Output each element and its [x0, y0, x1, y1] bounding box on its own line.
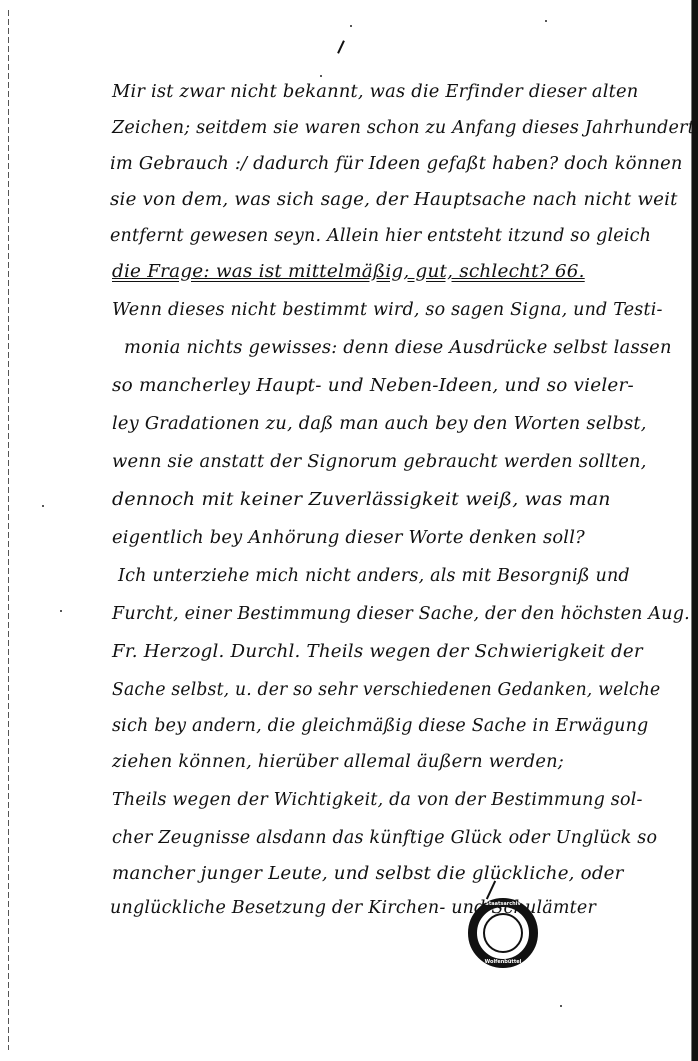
text-line-22: mancher junger Leute, und selbst die glü… — [112, 864, 624, 884]
text-line-18: sich bey andern, die gleichmäßig diese S… — [112, 716, 648, 736]
text-line-5: entfernt gewesen seyn. Allein hier entst… — [110, 226, 651, 246]
archive-stamp: Staatsarchiv Wolfenbüttel — [468, 898, 538, 968]
ink-speck — [42, 505, 44, 507]
right-page-edge — [692, 0, 698, 1061]
text-line-11: wenn sie anstatt der Signorum gebraucht … — [112, 452, 647, 472]
right-page-edge-shadow — [691, 0, 692, 1061]
ink-mark — [337, 40, 345, 54]
text-line-13: eigentlich bey Anhörung dieser Worte den… — [112, 528, 585, 548]
stamp-label-top: Staatsarchiv — [477, 901, 529, 907]
text-line-6-content: die Frage: was ist mittelmäßig, gut, sch… — [112, 262, 585, 282]
text-line-4: sie von dem, was sich sage, der Hauptsac… — [110, 190, 678, 210]
manuscript-page: Mir ist zwar nicht bekannt, was die Erfi… — [0, 0, 698, 1061]
text-line-7: Wenn dieses nicht bestimmt wird, so sage… — [112, 300, 663, 320]
stamp-center-ring — [483, 913, 523, 953]
ink-speck — [350, 25, 352, 27]
text-line-9: so mancherley Haupt- und Neben-Ideen, un… — [112, 376, 634, 396]
text-line-20: Theils wegen der Wichtigkeit, da von der… — [112, 790, 643, 810]
text-line-3: im Gebrauch :/ dadurch für Ideen gefaßt … — [110, 154, 683, 174]
text-line-8: monia nichts gewisses: denn diese Ausdrü… — [124, 338, 672, 358]
text-line-19: ziehen können, hierüber allemal äußern w… — [112, 752, 564, 772]
text-line-17: Sache selbst, u. der so sehr verschieden… — [112, 680, 660, 700]
text-line-15: Furcht, einer Bestimmung dieser Sache, d… — [112, 604, 690, 624]
ink-speck — [60, 610, 62, 612]
text-line-12: dennoch mit keiner Zuverlässigkeit weiß,… — [112, 490, 611, 510]
text-line-2: Zeichen; seitdem sie waren schon zu Anfa… — [112, 118, 698, 138]
text-line-1: Mir ist zwar nicht bekannt, was die Erfi… — [112, 82, 638, 102]
text-line-14: Ich unterziehe mich nicht anders, als mi… — [118, 566, 630, 586]
ink-speck — [560, 1005, 562, 1007]
text-line-10: ley Gradationen zu, daß man auch bey den… — [112, 414, 647, 434]
text-line-16: Fr. Herzogl. Durchl. Theils wegen der Sc… — [112, 642, 643, 662]
text-line-21: cher Zeugnisse alsdann das künftige Glüc… — [112, 828, 657, 848]
left-binding-edge — [8, 10, 9, 1050]
ink-speck — [545, 20, 547, 22]
stamp-label-bottom: Wolfenbüttel — [477, 959, 529, 965]
text-line-6: die Frage: was ist mittelmäßig, gut, sch… — [112, 262, 585, 282]
ink-speck — [320, 75, 322, 77]
